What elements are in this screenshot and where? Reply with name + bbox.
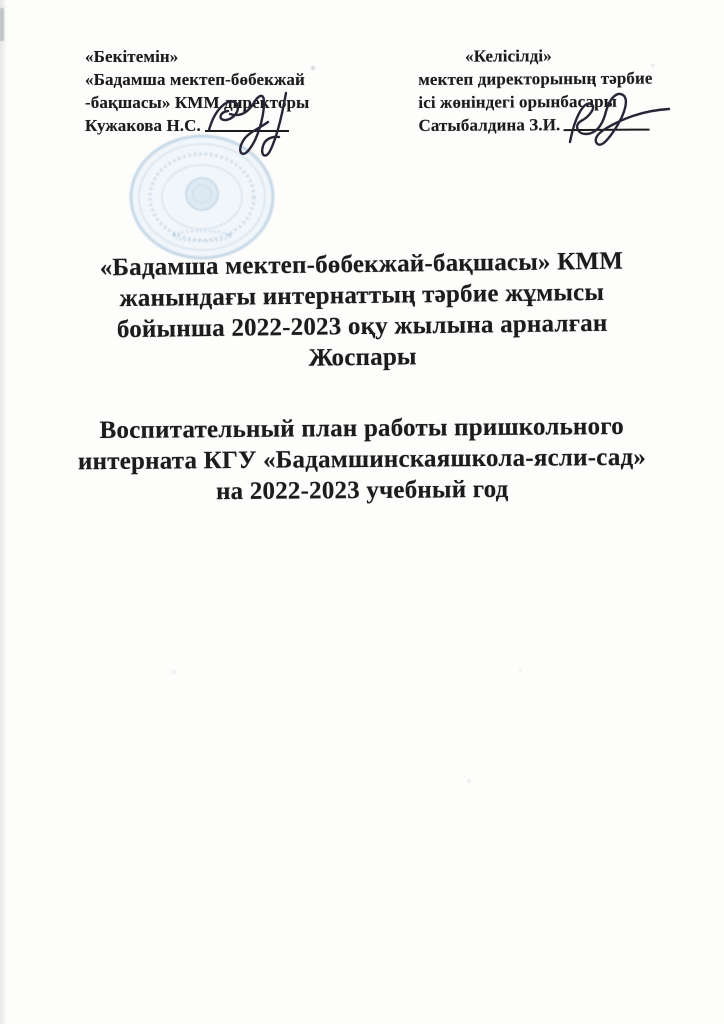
scan-speck	[467, 779, 471, 783]
title-ru-line: интерната КГУ «Бадамшинскаяшкола-ясли-са…	[0, 441, 724, 478]
title-ru-line: на 2022-2023 учебный год	[0, 472, 724, 509]
scan-speck	[519, 669, 522, 672]
agreement-line: ісі жөніндегі орынбасары	[418, 90, 652, 114]
document-title-russian: Воспитательный план работы пришкольного …	[0, 410, 724, 509]
signature-line	[205, 130, 289, 132]
agreement-block: «Келісілді» мектеп директорының тәрбие і…	[418, 44, 653, 137]
scan-speck	[311, 66, 315, 70]
scanned-document-page: «Бекітемін» «Бадамша мектеп-бөбекжай -ба…	[0, 0, 724, 1024]
agreement-signatory-line: Сатыбалдина З.И.	[418, 113, 652, 137]
approval-signatory-line: Кужакова Н.С.	[85, 114, 309, 137]
round-seal-stamp-icon	[127, 132, 277, 262]
approval-line: «Бадамша мектеп-бөбекжай	[85, 68, 309, 91]
document-title-kazakh: «Бадамша мектеп-бөбекжай-бақшасы» КММ жа…	[0, 244, 724, 377]
agreement-signatory-name: Сатыбалдина З.И.	[418, 115, 560, 135]
scan-corner-artifact	[0, 8, 4, 41]
approval-block: «Бекітемін» «Бадамша мектеп-бөбекжай -ба…	[85, 45, 309, 137]
approval-line: -бақшасы» КММ директоры	[85, 91, 309, 114]
scan-speck	[172, 670, 176, 674]
approval-label: «Бекітемін»	[85, 45, 309, 68]
signature-line	[563, 129, 649, 132]
scan-edge-shadow	[0, 0, 7, 1024]
agreement-line: мектеп директорының тәрбие	[418, 67, 652, 91]
agreement-label: «Келісілді»	[465, 44, 652, 68]
approval-signatory-name: Кужакова Н.С.	[85, 116, 201, 135]
